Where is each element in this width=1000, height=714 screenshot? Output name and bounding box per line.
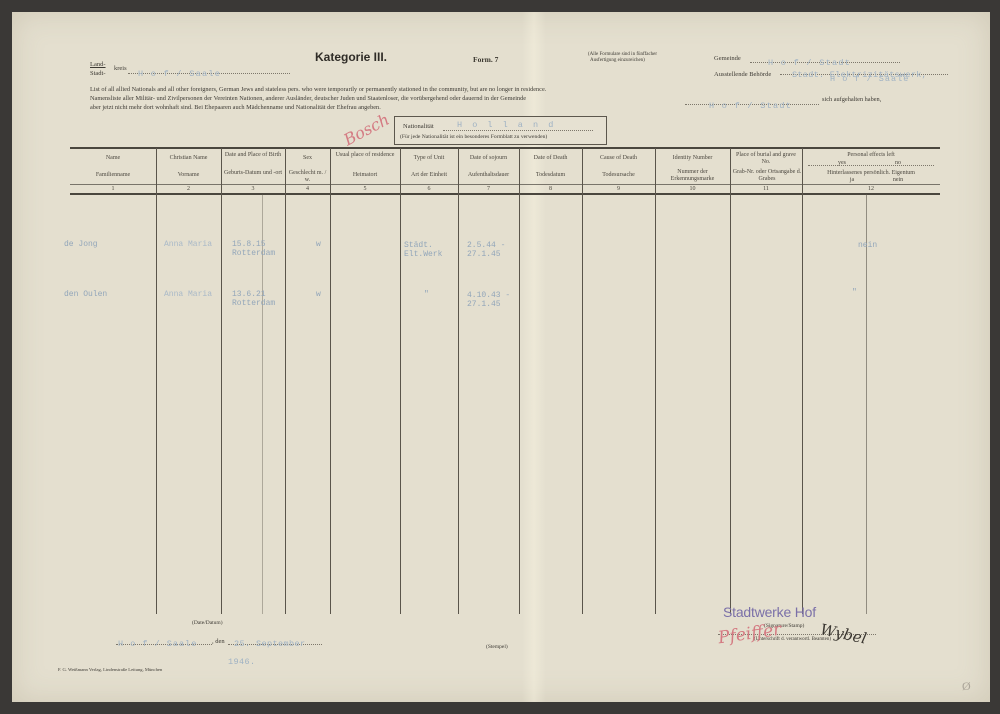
- cell-sojourn-to: 27.1.45: [467, 300, 501, 310]
- col-header-9-en: Cause of Death: [582, 155, 655, 162]
- header-numbers-divider: [70, 184, 940, 185]
- col-header-8-en: Date of Death: [519, 155, 582, 162]
- cell-sex: w: [316, 240, 321, 250]
- header-bottom-border: [70, 193, 940, 195]
- den-label: , den: [212, 638, 225, 646]
- cell-unit-2: Elt.Werk: [404, 250, 442, 260]
- intro-community-field: H o f / Stadt: [685, 95, 819, 105]
- cell-unit-1: ": [424, 290, 429, 300]
- cell-birth-place: Rotterdam: [232, 299, 275, 309]
- col-header-12-ja: ja: [842, 177, 862, 184]
- col-number-9: 9: [582, 186, 655, 192]
- nationality-label: Nationalität: [403, 123, 434, 131]
- document-page: Land- Stadt- kreis H o f / Saale Kategor…: [12, 12, 990, 702]
- place-field: H o f / Saale: [116, 633, 212, 645]
- intro-german-1: Namensliste aller Militär- und Zivilpers…: [90, 95, 526, 104]
- cell-name: de Jong: [64, 240, 98, 250]
- col-header-4-en: Sex: [285, 155, 330, 162]
- col-header-10-de: Nummer der Erkennungsmarke: [660, 169, 725, 183]
- col-header-4-de: Geschlecht m. / w.: [287, 170, 328, 184]
- date-caption: (Date/Datum): [192, 620, 223, 626]
- nationality-note: (Für jede Nationalität ist ein besondere…: [400, 134, 547, 140]
- col-header-9-de: Todesursache: [582, 172, 655, 179]
- form-number: Form. 7: [473, 55, 498, 64]
- corner-mark: Ø: [962, 679, 971, 694]
- issuing-authority-value-2: H o f / Saale: [830, 74, 909, 84]
- col-divider-10: [730, 148, 731, 614]
- district-field: H o f / Saale: [128, 63, 290, 74]
- col-number-7: 7: [458, 186, 519, 192]
- col-header-12-en: Personal effects left: [802, 152, 940, 159]
- col-header-2-de: Vorname: [156, 172, 221, 179]
- col-divider-8: [582, 148, 583, 614]
- page-title: Kategorie III.: [315, 50, 387, 64]
- district-value: H o f / Saale: [138, 69, 221, 79]
- copies-note-2: Ausfertigung einzureichen): [590, 58, 645, 64]
- col-header-7-de: Aufenthaltsdauer: [458, 172, 519, 179]
- intro-community-value: H o f / Stadt: [709, 101, 792, 111]
- col-header-12-yesno-line: [808, 159, 934, 166]
- col-header-3-de: Geburts-Datum und -ort: [224, 170, 282, 177]
- col-header-1-en: Name: [70, 155, 156, 162]
- cell-effects: ": [852, 288, 857, 298]
- col-header-7-en: Date of sojourn: [458, 155, 519, 162]
- col-divider-7: [519, 148, 520, 614]
- col-number-6: 6: [400, 186, 458, 192]
- cell-effects: nein: [858, 241, 877, 251]
- municipality-label: Gemeinde: [714, 55, 741, 63]
- col-header-12-nein: nein: [888, 177, 908, 184]
- col-number-10: 10: [655, 186, 730, 192]
- cell-first-name: Anna Maria: [164, 290, 212, 300]
- cell-sojourn-to: 27.1.45: [467, 250, 501, 260]
- nationality-field: [443, 121, 593, 131]
- col-divider-1: [156, 148, 157, 614]
- col-divider-6: [458, 148, 459, 614]
- intro-english: List of all allied Nationals and all oth…: [90, 86, 546, 95]
- col-number-3: 3: [221, 186, 285, 192]
- red-signature: Pfeiffer: [717, 620, 783, 649]
- col-header-6-en: Type of Unit: [400, 155, 458, 162]
- col-header-6-de: Art der Einheit: [400, 172, 458, 179]
- col-header-12-de: Hinterlassenes persönlich. Eigentum: [802, 170, 940, 177]
- col-number-2: 2: [156, 186, 221, 192]
- col-number-1: 1: [70, 186, 156, 192]
- cell-sex: w: [316, 290, 321, 300]
- col-header-1-de: Familienname: [70, 172, 156, 179]
- black-signature: Wybel: [819, 620, 869, 647]
- cell-birth-place: Rotterdam: [232, 249, 275, 259]
- col-divider-9: [655, 148, 656, 614]
- district-label-stadt: Stadt-: [90, 70, 106, 78]
- red-handwritten-annotation: Bosch: [340, 110, 392, 150]
- cell-first-name: Anna Maria: [164, 240, 212, 250]
- col-header-3-en: Date and Place of Birth: [221, 152, 285, 159]
- table-top-border: [70, 147, 940, 149]
- col-header-12-yes: yes: [832, 160, 852, 167]
- col-header-2-en: Christian Name: [156, 155, 221, 162]
- nationality-box: Nationalität H o l l a n d (Für jede Nat…: [394, 116, 607, 145]
- date-value: 25. September 1946.: [228, 639, 306, 667]
- col-header-10-en: Identity Number: [655, 155, 730, 162]
- issuing-authority-label: Ausstellende Behörde: [714, 71, 771, 79]
- col-header-11-en: Place of burial and grave No.: [734, 152, 798, 166]
- district-label-kreis: kreis: [114, 65, 127, 73]
- col-header-5-de: Heimatort: [330, 172, 400, 179]
- col-divider-3: [285, 148, 286, 614]
- cell-name: den Oulen: [64, 290, 107, 300]
- col-header-5-en: Usual place of residence: [332, 152, 398, 159]
- col-divider-4: [330, 148, 331, 614]
- printer-imprint: F. G. Weißmann Verlag, Lindenstraße Leit…: [58, 667, 162, 673]
- col-header-8-de: Todesdatum: [519, 172, 582, 179]
- col-number-8: 8: [519, 186, 582, 192]
- district-label-land: Land-: [90, 61, 106, 69]
- company-stamp: Stadtwerke Hof: [723, 604, 816, 620]
- col-divider-11: [802, 148, 803, 614]
- date-field: 25. September 1946.: [228, 633, 322, 645]
- stamp-caption: (Stempel): [486, 644, 508, 650]
- col-number-4: 4: [285, 186, 330, 192]
- place-value: H o f / Saale: [118, 639, 197, 649]
- intro-german-suffix: sich aufgehalten haben,: [822, 96, 881, 105]
- col-divider-2: [221, 148, 222, 614]
- col-header-11-de: Grab-Nr. oder Ortsangabe d. Grabes: [732, 169, 802, 183]
- col-number-5: 5: [330, 186, 400, 192]
- col-divider-12-split: [866, 194, 867, 614]
- col-header-12-no: no: [888, 160, 908, 167]
- col-number-12: 12: [802, 186, 940, 192]
- intro-german-2: aber jetzt nicht mehr dort wohnhaft sind…: [90, 104, 381, 113]
- col-divider-5: [400, 148, 401, 614]
- municipality-field: H o f / Stadt: [750, 52, 900, 63]
- col-number-11: 11: [730, 186, 802, 192]
